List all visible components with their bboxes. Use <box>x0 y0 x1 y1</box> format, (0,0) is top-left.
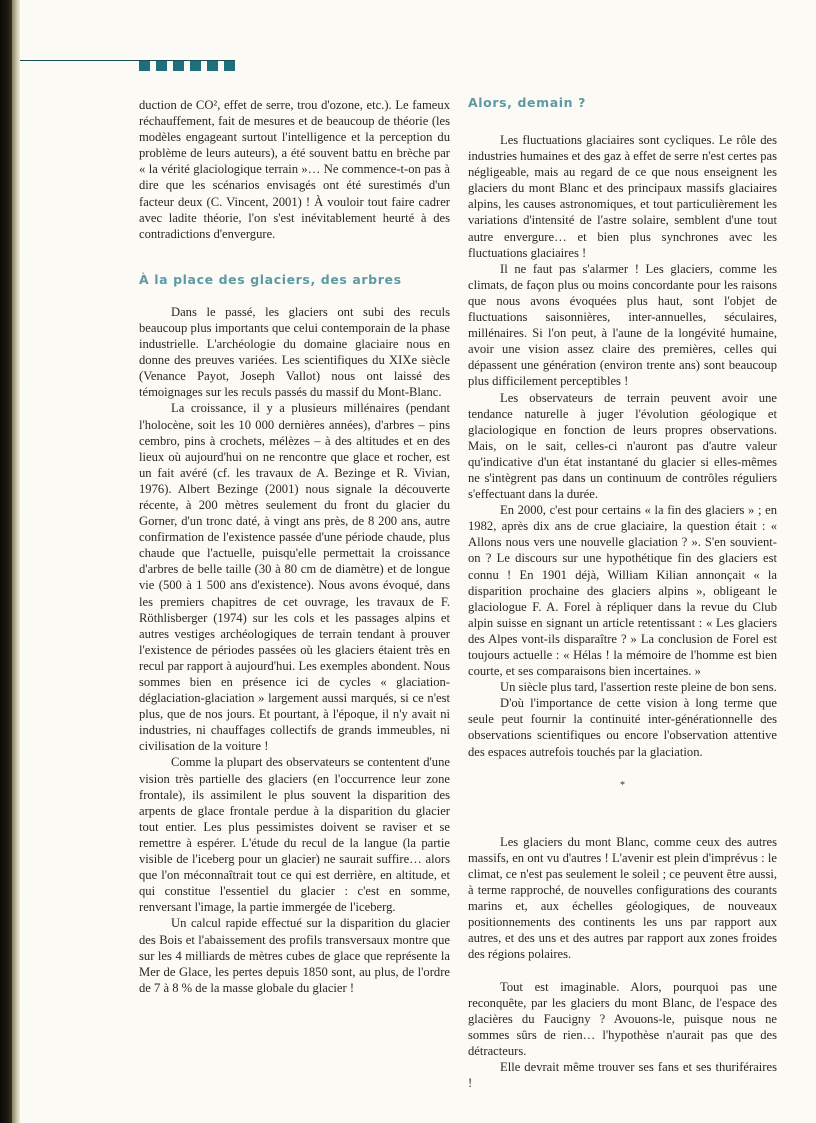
header-square-ornament <box>139 61 235 71</box>
intro-paragraph: duction de CO², effet de serre, trou d'o… <box>139 97 450 242</box>
body-paragraph: En 2000, c'est pour certains « la fin de… <box>468 502 777 679</box>
page-gutter <box>12 0 20 1123</box>
ornament-square <box>224 61 235 71</box>
closing-paragraph: Les glaciers du mont Blanc, comme ceux d… <box>468 834 777 963</box>
body-paragraph: Les observateurs de terrain peuvent avoi… <box>468 390 777 503</box>
ornament-square <box>207 61 218 71</box>
section-heading-tomorrow: Alors, demain ? <box>468 95 777 111</box>
left-column: duction de CO², effet de serre, trou d'o… <box>139 97 450 996</box>
right-column: Alors, demain ? Les fluctuations glaciai… <box>468 95 777 1091</box>
book-spine-shadow <box>0 0 12 1123</box>
ornament-square <box>173 61 184 71</box>
section-heading-trees: À la place des glaciers, des arbres <box>139 272 450 288</box>
body-paragraph: Les fluctuations glaciaires sont cycliqu… <box>468 132 777 261</box>
body-paragraph: D'où l'importance de cette vision à long… <box>468 695 777 759</box>
body-paragraph: Un siècle plus tard, l'assertion reste p… <box>468 679 777 695</box>
body-paragraph: Comme la plupart des observateurs se con… <box>139 754 450 915</box>
body-paragraph: Un calcul rapide effectué sur la dispari… <box>139 915 450 995</box>
ornament-square <box>190 61 201 71</box>
closing-paragraph: Tout est imaginable. Alors, pourquoi pas… <box>468 979 777 1059</box>
closing-paragraph: Elle devrait même trouver ses fans et se… <box>468 1059 777 1091</box>
ornament-square <box>139 61 150 71</box>
section-break-asterism: * <box>468 778 777 794</box>
body-paragraph: Il ne faut pas s'alarmer ! Les glaciers,… <box>468 261 777 390</box>
body-paragraph: Dans le passé, les glaciers ont subi des… <box>139 304 450 401</box>
body-paragraph: La croissance, il y a plusieurs millénai… <box>139 400 450 754</box>
ornament-square <box>156 61 167 71</box>
